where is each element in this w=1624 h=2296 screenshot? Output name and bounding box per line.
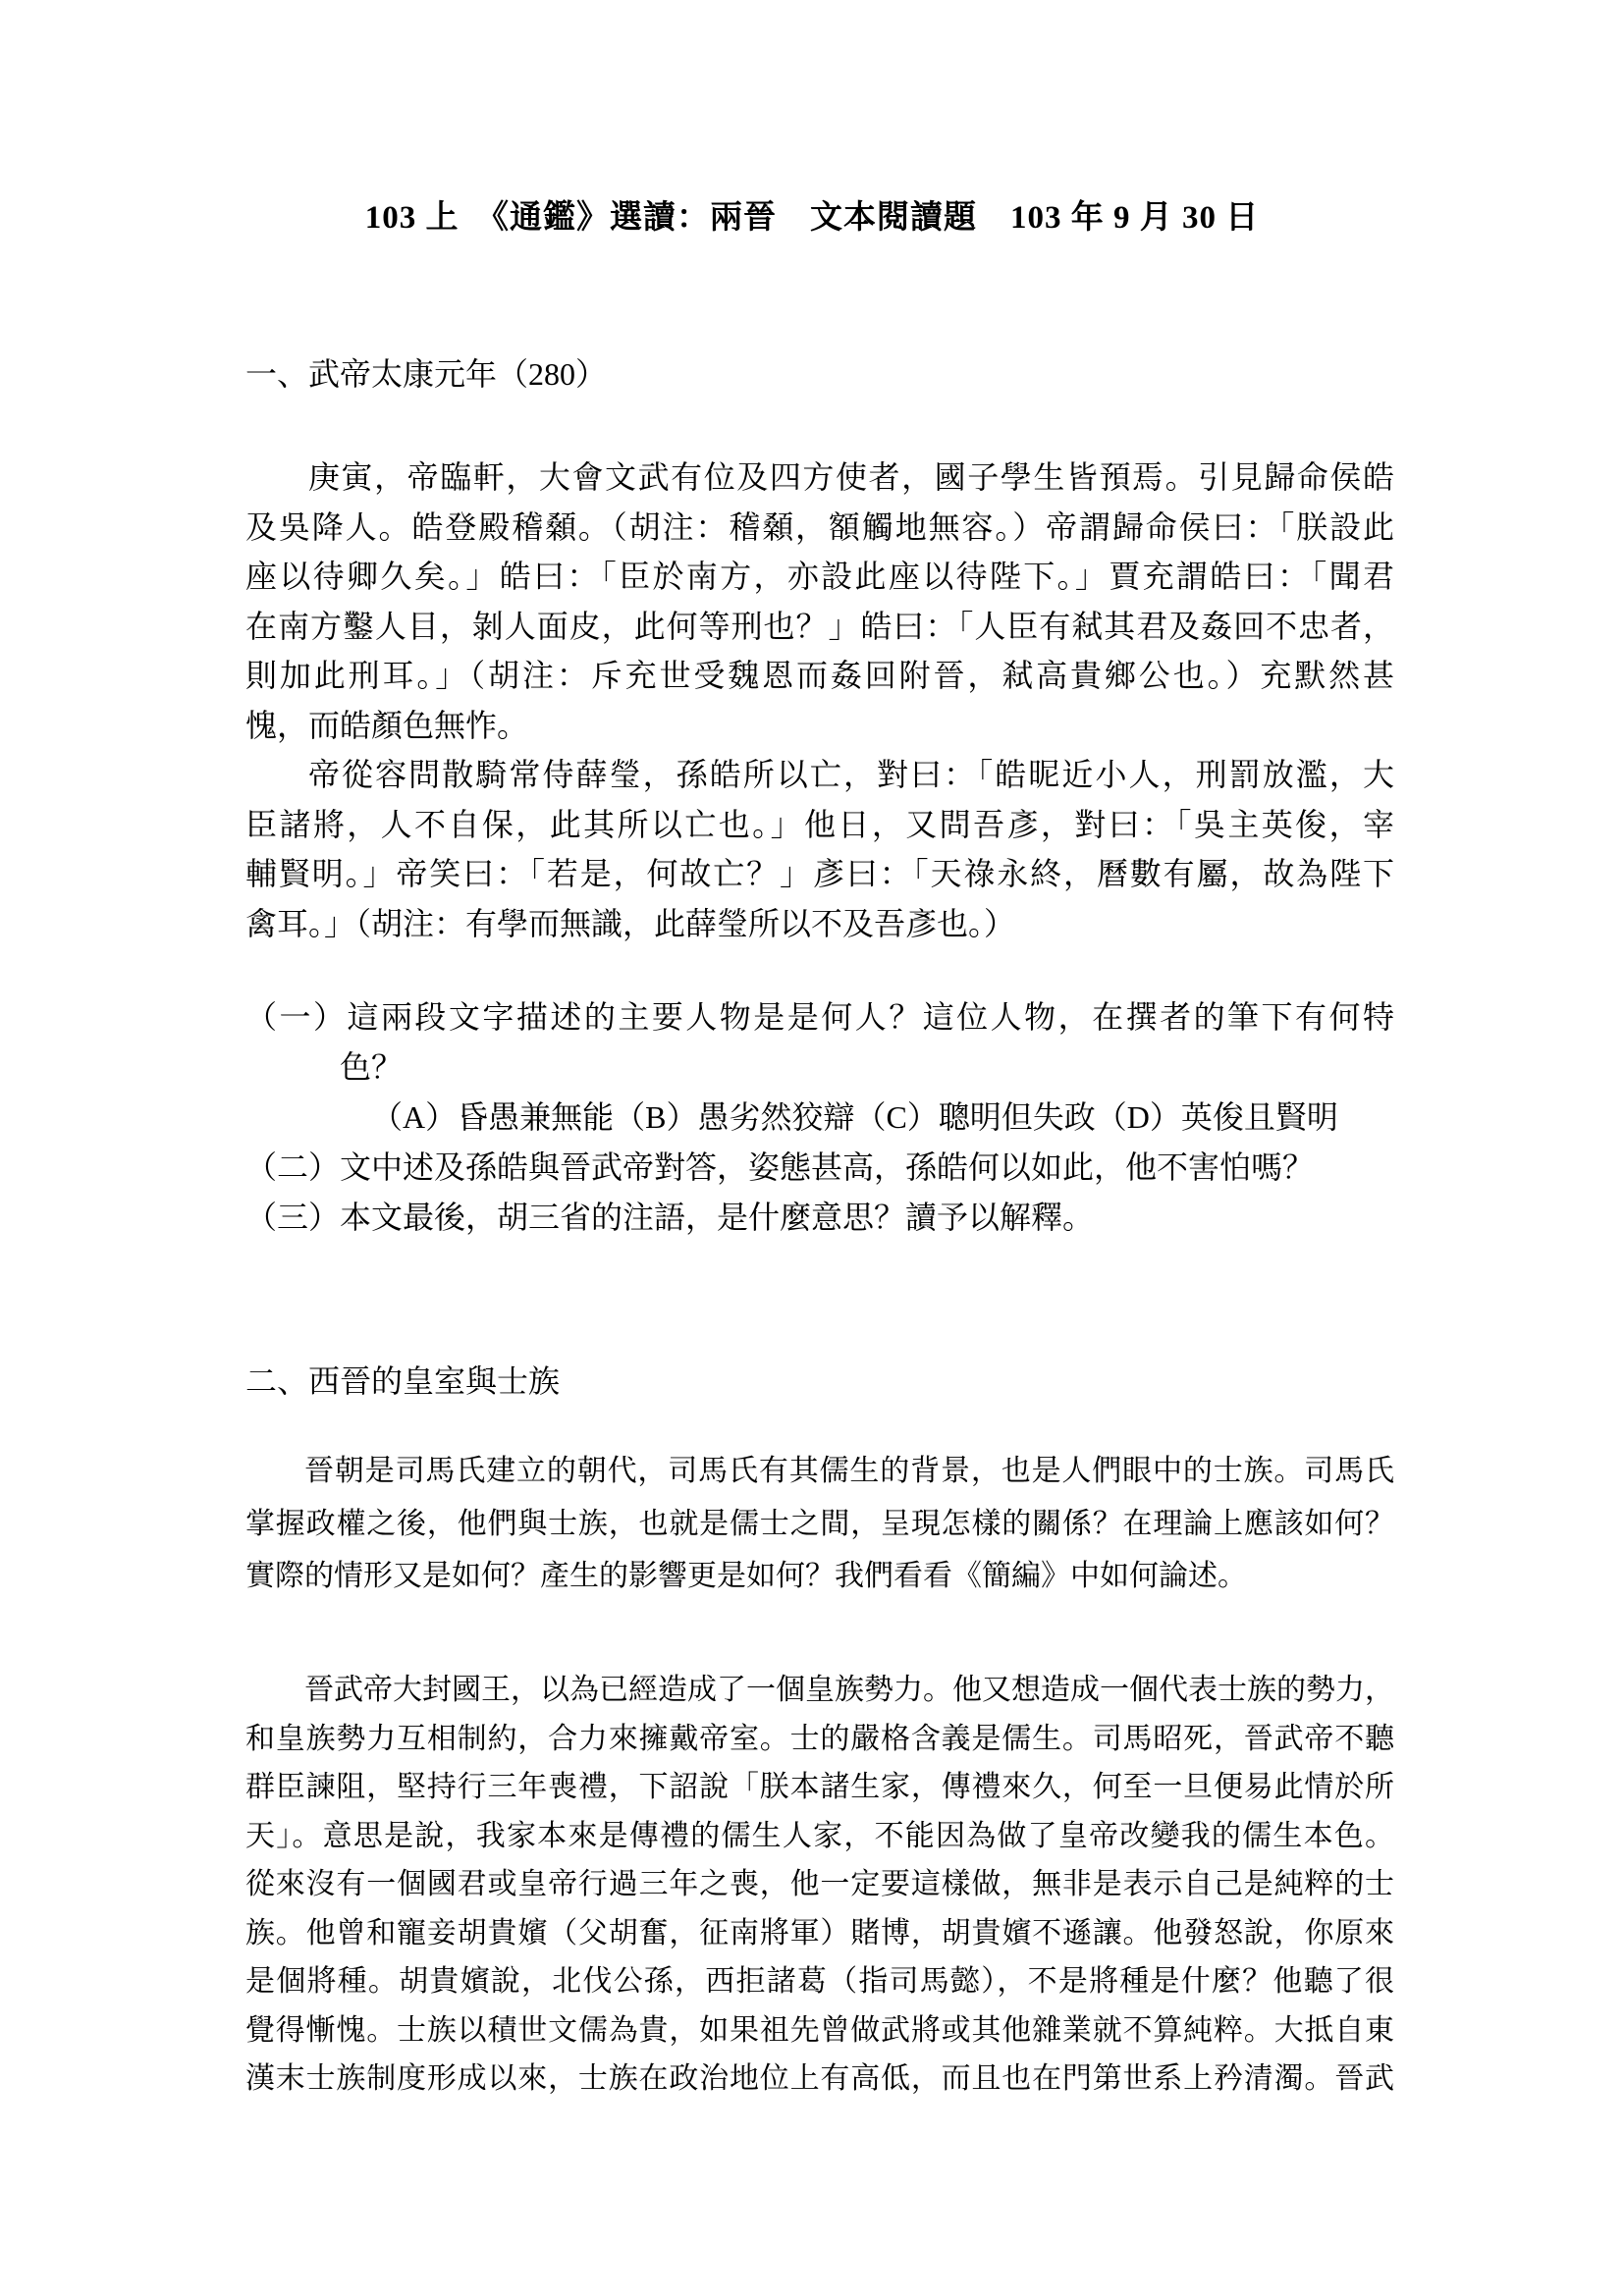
text-line: 座以待卿久矣。」皓曰：「臣於南方，亦設此座以待陛下。」賈充謂皓曰：「聞君 [245, 552, 1394, 602]
question-1-options: （A）昏愚兼無能（B）愚劣然狡辯（C）聰明但失政（D）英俊且賢明 [245, 1093, 1394, 1143]
document-page: 103 上 《通鑑》選讀：兩晉 文本閱讀題 103 年 9 月 30 日 一、武… [0, 0, 1624, 2296]
section2-intro: 晉朝是司馬氏建立的朝代，司馬氏有其儒生的背景，也是人們眼中的士族。司馬氏 掌握政… [245, 1445, 1394, 1603]
text-line: 從來沒有一個國君或皇帝行過三年之喪，他一定要這樣做，無非是表示自己是純粹的士 [245, 1860, 1394, 1909]
text-line: 愧，而皓顏色無怍。 [245, 701, 1394, 751]
text-line: 禽耳。」（胡注：有學而無識，此薛瑩所以不及吾彥也。） [245, 899, 1394, 949]
section1-passage: 庚寅，帝臨軒，大會文武有位及四方使者，國子學生皆預焉。引見歸命侯皓 及吳降人。皓… [245, 453, 1394, 948]
text-line: 群臣諫阻，堅持行三年喪禮，下詔說「朕本諸生家，傳禮來久，何至一旦便易此情於所 [245, 1763, 1394, 1812]
question-1-line1: （一）這兩段文字描述的主要人物是是何人？這位人物，在撰者的筆下有何特 [245, 992, 1394, 1042]
text-line: 族。他曾和寵妾胡貴嬪（父胡奮，征南將軍）賭博，胡貴嬪不遜讓。他發怒說，你原來 [245, 1909, 1394, 1958]
document-title: 103 上 《通鑑》選讀：兩晉 文本閱讀題 103 年 9 月 30 日 [0, 193, 1624, 242]
question-1-line2: 色？ [245, 1042, 1394, 1093]
text-line: 在南方鑿人目，剝人面皮，此何等刑也？」皓曰：「人臣有弒其君及姦回不忠者， [245, 602, 1394, 652]
section1-questions: （一）這兩段文字描述的主要人物是是何人？這位人物，在撰者的筆下有何特 色？ （A… [245, 992, 1394, 1243]
text-line: 實際的情形又是如何？產生的影響更是如何？我們看看《簡編》中如何論述。 [245, 1550, 1394, 1603]
text-line: 晉朝是司馬氏建立的朝代，司馬氏有其儒生的背景，也是人們眼中的士族。司馬氏 [245, 1445, 1394, 1498]
text-line: 天」。意思是說，我家本來是傳禮的儒生人家，不能因為做了皇帝改變我的儒生本色。 [245, 1812, 1394, 1861]
text-line: 掌握政權之後，他們與士族，也就是儒士之間，呈現怎樣的關係？在理論上應該如何？ [245, 1498, 1394, 1551]
text-line: 輔賢明。」帝笑曰：「若是，何故亡？」彥曰：「天祿永終，曆數有屬，故為陛下 [245, 849, 1394, 899]
question-2: （二）文中述及孫皓與晉武帝對答，姿態甚高，孫皓何以如此，他不害怕嗎？ [245, 1143, 1394, 1193]
section1-heading: 一、武帝太康元年（280） [245, 349, 1394, 399]
text-line: 則加此刑耳。」（胡注：斥充世受魏恩而姦回附晉，弒高貴鄉公也。）充默然甚 [245, 651, 1394, 701]
text-line: 及吳降人。皓登殿稽顙。（胡注：稽顙，額觸地無容。）帝謂歸命侯曰：「朕設此 [245, 503, 1394, 553]
text-line: 是個將種。胡貴嬪說，北伐公孫，西拒諸葛（指司馬懿），不是將種是什麼？他聽了很 [245, 1957, 1394, 2006]
section2-body: 晉武帝大封國王，以為已經造成了一個皇族勢力。他又想造成一個代表士族的勢力， 和皇… [245, 1666, 1394, 2104]
text-line: 帝從容問散騎常侍薛瑩，孫皓所以亡，對曰：「皓昵近小人，刑罰放濫，大 [245, 750, 1394, 800]
question-3: （三）本文最後，胡三省的注語，是什麼意思？讀予以解釋。 [245, 1193, 1394, 1243]
text-line: 覺得慚愧。士族以積世文儒為貴，如果祖先曾做武將或其他雜業就不算純粹。大抵自東 [245, 2006, 1394, 2056]
section2-heading: 二、西晉的皇室與士族 [245, 1357, 1394, 1406]
text-line: 漢末士族制度形成以來，士族在政治地位上有高低，而且也在門第世系上矜清濁。晉武 [245, 2055, 1394, 2104]
text-line: 和皇族勢力互相制約，合力來擁戴帝室。士的嚴格含義是儒生。司馬昭死，晉武帝不聽 [245, 1715, 1394, 1764]
text-line: 庚寅，帝臨軒，大會文武有位及四方使者，國子學生皆預焉。引見歸命侯皓 [245, 453, 1394, 503]
text-line: 臣諸將，人不自保，此其所以亡也。」他日，又問吾彥，對曰：「吳主英俊，宰 [245, 800, 1394, 850]
text-line: 晉武帝大封國王，以為已經造成了一個皇族勢力。他又想造成一個代表士族的勢力， [245, 1666, 1394, 1715]
